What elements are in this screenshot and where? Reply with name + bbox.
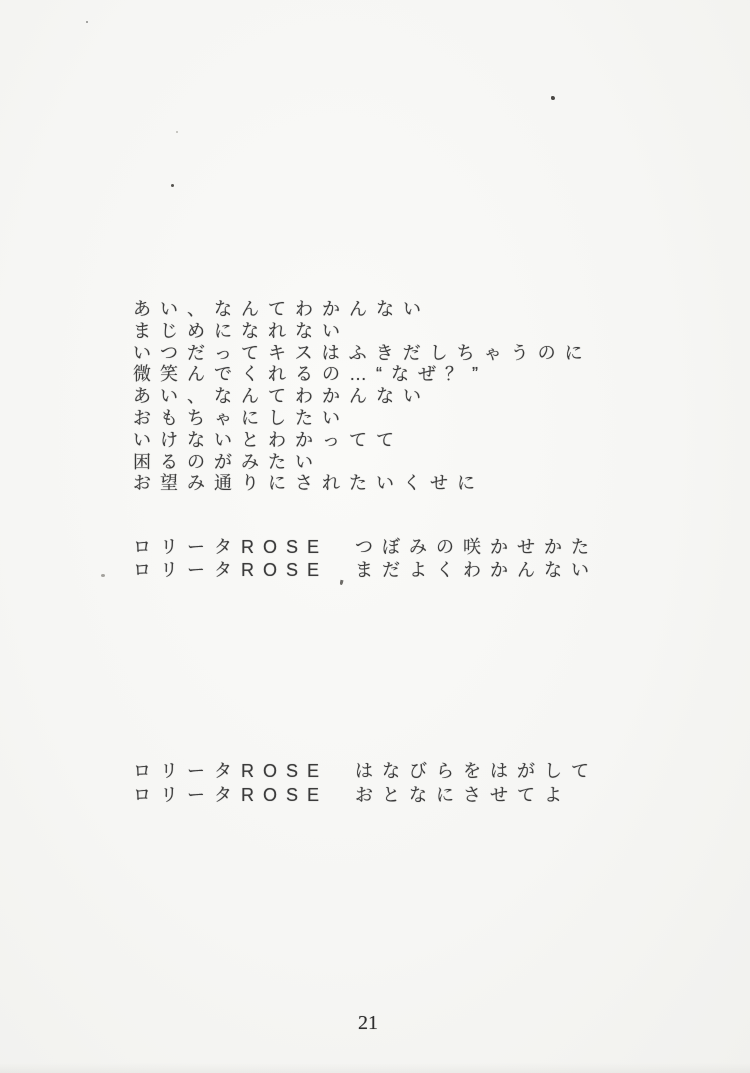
lyrics-line: 困るのがみたい [133, 452, 592, 474]
chorus-text: おとなにさせてよ [355, 783, 571, 807]
lyrics-verse: あい、なんてわかんない まじめになれない いつだってキスはふきだしちゃうのに 微… [133, 299, 592, 495]
chorus-text: つぼみの咲かせかた [355, 536, 598, 559]
lyrics-line: いけないとわかってて [133, 430, 592, 452]
chorus-line: ロリータROSE つぼみの咲かせかた [133, 536, 598, 559]
scan-speck [340, 580, 344, 586]
chorus-line: ロリータROSE まだよくわかんない [133, 559, 598, 582]
lyrics-line: あい、なんてわかんない [133, 299, 592, 321]
chorus-line: ロリータROSE はなびらをはがして [133, 759, 598, 783]
chorus-text: まだよくわかんない [355, 559, 598, 582]
chorus-title: ロリータROSE [133, 559, 328, 582]
scan-speck [551, 96, 555, 100]
chorus-title: ロリータROSE [133, 536, 328, 559]
scan-speck [101, 574, 105, 577]
lyrics-line: まじめになれない [133, 321, 592, 343]
chorus-title: ロリータROSE [133, 759, 328, 783]
scanned-lyrics-page: あい、なんてわかんない まじめになれない いつだってキスはふきだしちゃうのに 微… [0, 0, 750, 1073]
lyrics-line: いつだってキスはふきだしちゃうのに [133, 343, 592, 365]
page-number: 21 [348, 1012, 388, 1035]
scan-speck [86, 21, 88, 23]
lyrics-chorus-2: ロリータROSE はなびらをはがして ロリータROSE おとなにさせてよ [133, 759, 598, 807]
scan-speck [176, 131, 178, 133]
lyrics-line: 微笑んでくれるの…“なぜ？” [133, 364, 592, 386]
lyrics-line: あい、なんてわかんない [133, 386, 592, 408]
lyrics-line: おもちゃにしたい [133, 408, 592, 430]
lyrics-chorus-1: ロリータROSE つぼみの咲かせかた ロリータROSE まだよくわかんない [133, 536, 598, 582]
scan-speck [171, 184, 174, 187]
chorus-text: はなびらをはがして [355, 759, 598, 783]
lyrics-line: お望み通りにされたいくせに [133, 473, 592, 495]
chorus-title: ロリータROSE [133, 783, 328, 807]
chorus-line: ロリータROSE おとなにさせてよ [133, 783, 598, 807]
